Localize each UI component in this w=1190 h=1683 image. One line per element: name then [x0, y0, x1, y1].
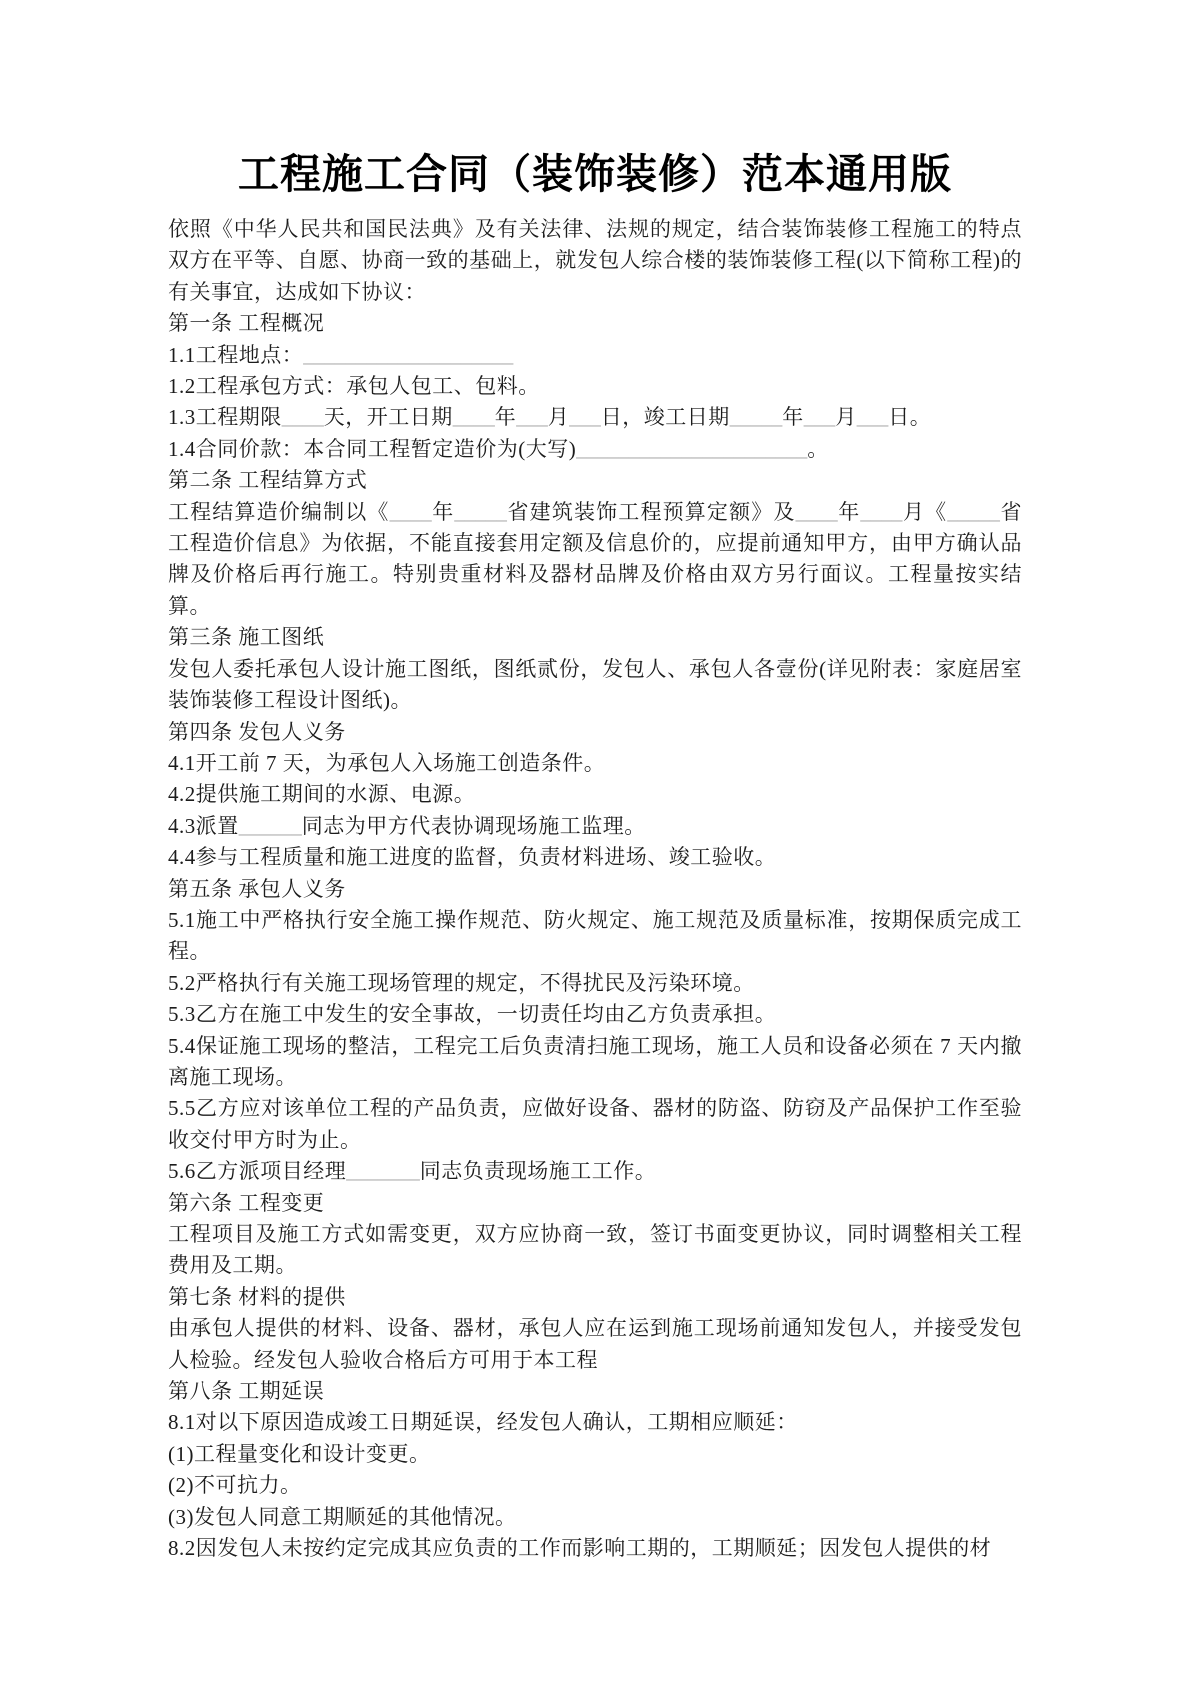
- clause-text: 4.2提供施工期间的水源、电源。: [168, 779, 1022, 810]
- clause-text: 5.5乙方应对该单位工程的产品负责，应做好设备、器材的防盗、防窃及产品保护工作至…: [168, 1093, 1022, 1156]
- section-heading: 第五条 承包人义务: [168, 874, 1022, 905]
- fill-in-blank: ___: [569, 405, 601, 429]
- clause-text: 5.6乙方派项目经理_______同志负责现场施工工作。: [168, 1156, 1022, 1187]
- fill-in-blank: ____: [796, 500, 838, 524]
- fill-in-blank: ____: [453, 405, 495, 429]
- intro-paragraph: 依照《中华人民共和国民法典》及有关法律、法规的规定，结合装饰装修工程施工的特点双…: [168, 214, 1022, 308]
- clause-text: 由承包人提供的材料、设备、器材，承包人应在运到施工现场前通知发包人，并接受发包人…: [168, 1313, 1022, 1376]
- clause-text: 8.1对以下原因造成竣工日期延误，经发包人确认，工期相应顺延：: [168, 1407, 1022, 1438]
- section-heading: 第四条 发包人义务: [168, 717, 1022, 748]
- clause-text: 1.1工程地点：____________________: [168, 340, 1022, 371]
- fill-in-blank: ___: [857, 405, 889, 429]
- section-heading: 第七条 材料的提供: [168, 1282, 1022, 1313]
- contract-document-page: 工程施工合同（装饰装修）范本通用版 依照《中华人民共和国民法典》及有关法律、法规…: [0, 0, 1190, 1683]
- fill-in-blank: ______: [239, 814, 302, 838]
- fill-in-blank: ___: [516, 405, 548, 429]
- fill-in-blank: ____________________: [303, 343, 513, 367]
- clause-text: 4.1开工前 7 天，为承包人入场施工创造条件。: [168, 748, 1022, 779]
- fill-in-blank: _____: [730, 405, 783, 429]
- fill-in-blank: _______: [346, 1159, 420, 1183]
- clause-text: 4.3派置______同志为甲方代表协调现场施工监理。: [168, 811, 1022, 842]
- fill-in-blank: ____: [282, 405, 324, 429]
- clause-text: (1)工程量变化和设计变更。: [168, 1439, 1022, 1470]
- document-title: 工程施工合同（装饰装修）范本通用版: [168, 146, 1022, 202]
- fill-in-blank: ___: [804, 405, 836, 429]
- clause-text: 4.4参与工程质量和施工进度的监督，负责材料进场、竣工验收。: [168, 842, 1022, 873]
- fill-in-blank: ____: [390, 500, 432, 524]
- section-heading: 第二条 工程结算方式: [168, 465, 1022, 496]
- clause-text: 5.3乙方在施工中发生的安全事故，一切责任均由乙方负责承担。: [168, 999, 1022, 1030]
- document-body: 依照《中华人民共和国民法典》及有关法律、法规的规定，结合装饰装修工程施工的特点双…: [168, 214, 1022, 1564]
- clause-text: 5.1施工中严格执行安全施工操作规范、防火规定、施工规范及质量标准，按期保质完成…: [168, 905, 1022, 968]
- clause-text: (3)发包人同意工期顺延的其他情况。: [168, 1502, 1022, 1533]
- fill-in-blank: ______________________: [576, 437, 807, 461]
- clause-text: 1.2工程承包方式：承包人包工、包料。: [168, 371, 1022, 402]
- clause-text: 发包人委托承包人设计施工图纸，图纸贰份，发包人、承包人各壹份(详见附表：家庭居室…: [168, 654, 1022, 717]
- clause-text: 8.2因发包人未按约定完成其应负责的工作而影响工期的，工期顺延；因发包人提供的材: [168, 1533, 1022, 1564]
- clause-text: 工程结算造价编制以《____年_____省建筑装饰工程预算定额》及____年__…: [168, 497, 1022, 623]
- section-heading: 第八条 工期延误: [168, 1376, 1022, 1407]
- section-heading: 第三条 施工图纸: [168, 622, 1022, 653]
- clause-text: 5.2严格执行有关施工现场管理的规定，不得扰民及污染环境。: [168, 968, 1022, 999]
- clause-text: 5.4保证施工现场的整洁，工程完工后负责清扫施工现场，施工人员和设备必须在 7 …: [168, 1031, 1022, 1094]
- clause-text: 1.4合同价款：本合同工程暂定造价为(大写)__________________…: [168, 434, 1022, 465]
- fill-in-blank: ____: [860, 500, 902, 524]
- fill-in-blank: _____: [947, 500, 1000, 524]
- section-heading: 第一条 工程概况: [168, 308, 1022, 339]
- clause-text: (2)不可抗力。: [168, 1470, 1022, 1501]
- clause-text: 1.3工程期限____天，开工日期____年___月___日，竣工日期_____…: [168, 402, 1022, 433]
- section-heading: 第六条 工程变更: [168, 1188, 1022, 1219]
- fill-in-blank: _____: [454, 500, 507, 524]
- clause-text: 工程项目及施工方式如需变更，双方应协商一致，签订书面变更协议，同时调整相关工程费…: [168, 1219, 1022, 1282]
